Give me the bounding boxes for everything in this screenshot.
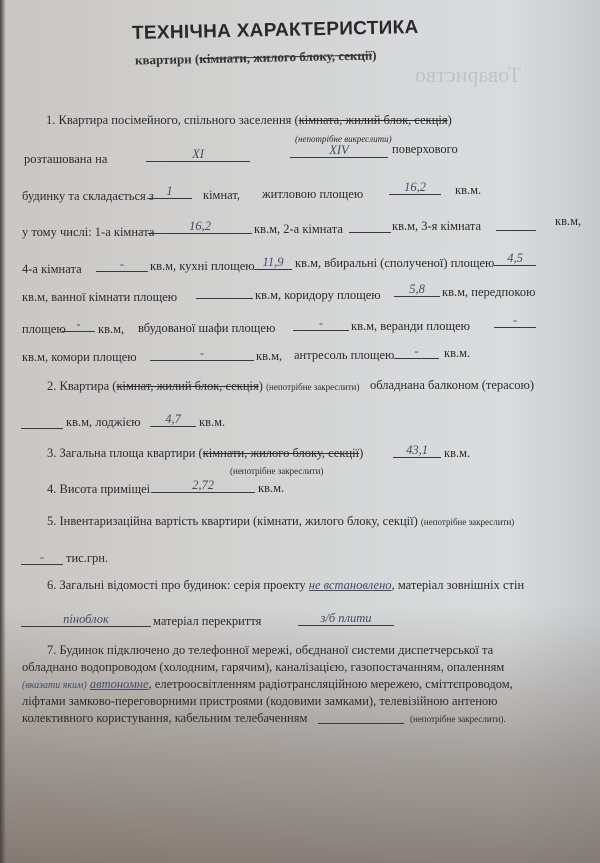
- toilet-label: кв.м, вбиральні (сполученої) площею: [295, 256, 494, 271]
- height-unit: кв.м.: [258, 481, 284, 496]
- loggia-unit: кв.м.: [199, 415, 225, 430]
- inventory-value-field[interactable]: -: [21, 550, 63, 565]
- section3-heading: 3. Загальна площа квартири (кімнати, жил…: [47, 446, 363, 461]
- bath-label: кв.м, ванної кімнати площею: [22, 290, 177, 305]
- closet-field[interactable]: -: [293, 316, 349, 331]
- document-page: [0, 0, 600, 863]
- page-edge-shadow: [0, 0, 6, 863]
- room1-label: у тому числі: 1-а кімната: [22, 225, 154, 240]
- section5-heading: 5. Інвентаризаційна вартість квартири (к…: [47, 514, 514, 529]
- cable-tv-field[interactable]: [318, 709, 404, 724]
- balcony-field[interactable]: [21, 414, 63, 429]
- closet-label: вбудованої шафи площею: [138, 321, 275, 336]
- living-area-field[interactable]: 16,2: [389, 180, 441, 195]
- living-area-label: житловою площею: [262, 187, 363, 202]
- section7-line1: 7. Будинок підключено до телефонної мере…: [47, 643, 493, 658]
- floor-field[interactable]: XI: [146, 147, 250, 162]
- unit-sqm-comma: кв.м,: [555, 214, 581, 229]
- rooms-label: кімнат,: [203, 188, 240, 203]
- bleed-through-text: Товариство: [415, 62, 521, 88]
- veranda-label: кв.м, веранди площею: [351, 319, 470, 334]
- corridor-field[interactable]: 5,8: [394, 282, 440, 297]
- section7-line5: колективного користування, кабельним тел…: [22, 711, 307, 726]
- hall-field[interactable]: -: [62, 317, 95, 332]
- walls-material-field[interactable]: піноблок: [21, 612, 151, 627]
- room3-label: кв.м, 3-я кімната: [392, 219, 481, 234]
- room2-field[interactable]: [349, 218, 391, 233]
- total-area-unit: кв.м.: [444, 446, 470, 461]
- storey-label: поверхового: [392, 142, 458, 157]
- kitchen-field[interactable]: 11,9: [254, 255, 292, 270]
- section7-line2: обладнано водопроводом (холодним, гарячи…: [22, 660, 504, 675]
- section7-line4: ліфтами замково-переговорними пристроями…: [22, 694, 498, 709]
- mezzanine-unit-label: кв.м,: [256, 349, 282, 364]
- floors-material-label: матеріал перекриття: [153, 614, 261, 629]
- heating-value: автономне: [90, 677, 149, 691]
- series-value: не встановлено: [309, 578, 392, 592]
- located-label: розташована на: [24, 152, 107, 167]
- loggia-label: кв.м, лоджією: [66, 415, 141, 430]
- inventory-value-unit: тис.грн.: [66, 551, 108, 566]
- room2-label: кв.м, 2-а кімната: [254, 222, 343, 237]
- unit-sqm-dot: кв.м.: [444, 346, 470, 361]
- storage-field[interactable]: -: [150, 346, 254, 361]
- room4-label: 4-а кімната: [22, 262, 82, 277]
- section4-label: 4. Висота приміщеі: [47, 482, 150, 497]
- building-label: будинку та складається з: [22, 189, 154, 204]
- section6-heading: 6. Загальні відомості про будинок: серія…: [47, 578, 524, 593]
- storage-label: кв.м, комори площею: [22, 350, 137, 365]
- height-field[interactable]: 2,72: [151, 478, 255, 493]
- room4-field[interactable]: -: [96, 257, 148, 272]
- section3-note: (непотрібне закреслити): [230, 466, 323, 476]
- mezzanine-label: антресоль площею: [294, 348, 394, 363]
- section1-heading: 1. Квартира посімейного, спільного засел…: [46, 113, 452, 128]
- room1-field[interactable]: 16,2: [148, 219, 252, 234]
- veranda-field[interactable]: -: [494, 313, 536, 328]
- floors-total-field[interactable]: XIV: [290, 143, 388, 158]
- mezzanine-field[interactable]: -: [394, 344, 439, 359]
- rooms-field[interactable]: 1: [147, 184, 192, 199]
- toilet-field[interactable]: 4,5: [494, 251, 536, 266]
- loggia-field[interactable]: 4,7: [150, 412, 196, 427]
- corridor-label: кв.м, коридору площею: [255, 288, 381, 303]
- hall-label: кв.м, передпокою: [442, 285, 535, 300]
- section2-heading: 2. Квартира (кімнат, жилий блок, секція)…: [47, 379, 359, 394]
- section7-line3: (вказати яким) автономне, елетроосвітлен…: [22, 677, 513, 692]
- kitchen-label: кв.м, кухні площею: [150, 259, 255, 274]
- total-area-field[interactable]: 43,1: [393, 443, 441, 458]
- section7-note: (непотрібне закреслити).: [410, 714, 506, 724]
- room3-field[interactable]: [496, 216, 536, 231]
- bath-field[interactable]: [196, 284, 253, 299]
- hall-area-label: площею: [22, 322, 66, 337]
- section2-balcony-text: обладнана балконом (терасою): [370, 378, 534, 393]
- unit-sqm: кв.м.: [455, 183, 481, 198]
- floors-material-field[interactable]: з/б плити: [298, 611, 394, 626]
- closet-unit-label: кв.м,: [98, 322, 124, 337]
